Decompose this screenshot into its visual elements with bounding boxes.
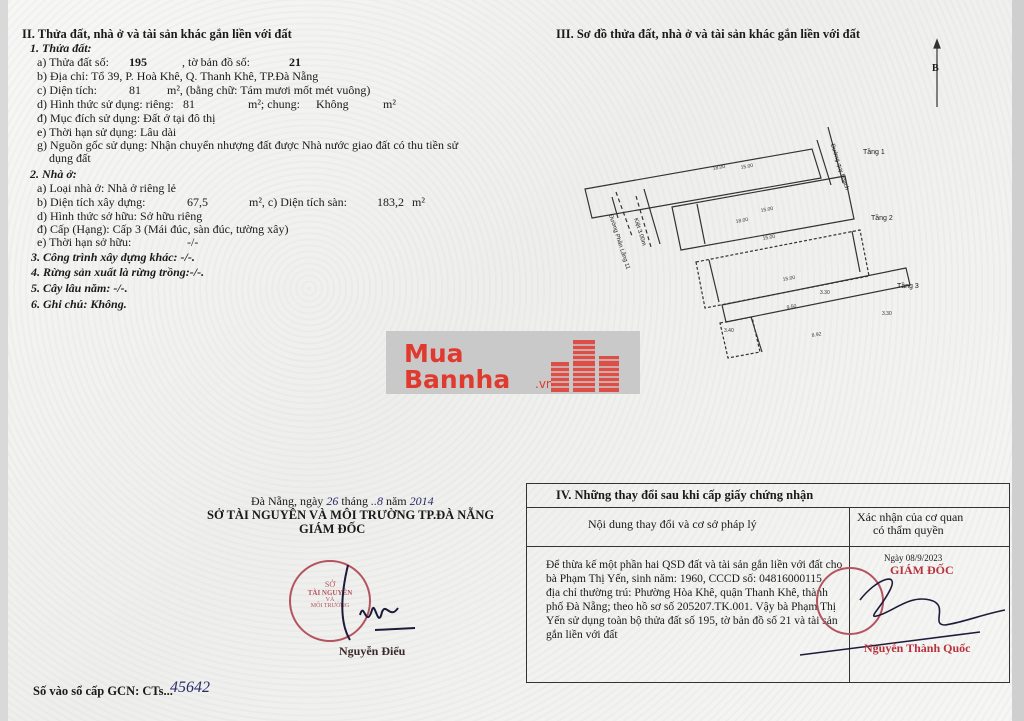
svg-text:15.00: 15.00 — [760, 206, 774, 214]
svg-text:8.92: 8.92 — [811, 331, 822, 339]
col-confirm-header-2: có thẩm quyền — [873, 523, 944, 537]
svg-text:9.50: 9.50 — [786, 303, 797, 311]
svg-text:15.00: 15.00 — [740, 163, 754, 171]
registry-label: Số vào sổ cấp GCN: CTs... — [33, 684, 173, 698]
watermark-logo: Mua Bannha .vn — [386, 331, 640, 394]
svg-text:15.00: 15.00 — [762, 234, 776, 242]
building-icon — [551, 336, 631, 392]
col-confirm-header-1: Xác nhận của cơ quan — [857, 510, 963, 524]
floor-1-label: Tầng 1 — [863, 146, 885, 160]
issuing-authority: SỞ TÀI NGUYÊN VÀ MÔI TRƯỜNG TP.ĐÀ NẴNG — [207, 508, 494, 522]
floor-3-label: Tầng 3 — [897, 280, 919, 294]
month-label: tháng — [341, 494, 368, 508]
change-content-line: gắn liền với đất — [546, 628, 618, 642]
issue-year: 2014 — [410, 494, 434, 508]
date-prefix: Đà Nẵng, ngày — [251, 494, 323, 508]
watermark-line2: Bannha — [404, 367, 510, 392]
svg-text:3.40: 3.40 — [724, 328, 734, 334]
svg-text:18.00: 18.00 — [735, 217, 749, 225]
registry-number: 45642 — [170, 681, 210, 695]
section-4-title: IV. Những thay đổi sau khi cấp giấy chứn… — [556, 488, 813, 502]
signer-position: GIÁM ĐỐC — [299, 522, 365, 536]
svg-text:15.00: 15.00 — [782, 275, 796, 283]
confirm-signer: Nguyễn Thành Quốc — [864, 641, 970, 655]
signature-director — [320, 560, 420, 650]
signer-name: Nguyễn Điểu — [339, 644, 405, 658]
north-label: B — [932, 62, 939, 76]
floor-2-label: Tầng 2 — [871, 212, 893, 226]
issue-month: 8 — [377, 494, 383, 508]
watermark-line1: Mua — [404, 341, 464, 366]
issue-day: 26 — [326, 494, 338, 508]
svg-text:3.30: 3.30 — [882, 311, 892, 317]
issue-date: Đà Nẵng, ngày 26 tháng ..8 năm 2014 — [251, 494, 434, 508]
svg-text:3.30: 3.30 — [820, 290, 830, 296]
svg-text:18.00: 18.00 — [712, 164, 726, 172]
year-label: năm — [386, 494, 407, 508]
col-content-header: Nội dung thay đổi và cơ sở pháp lý — [588, 517, 757, 531]
